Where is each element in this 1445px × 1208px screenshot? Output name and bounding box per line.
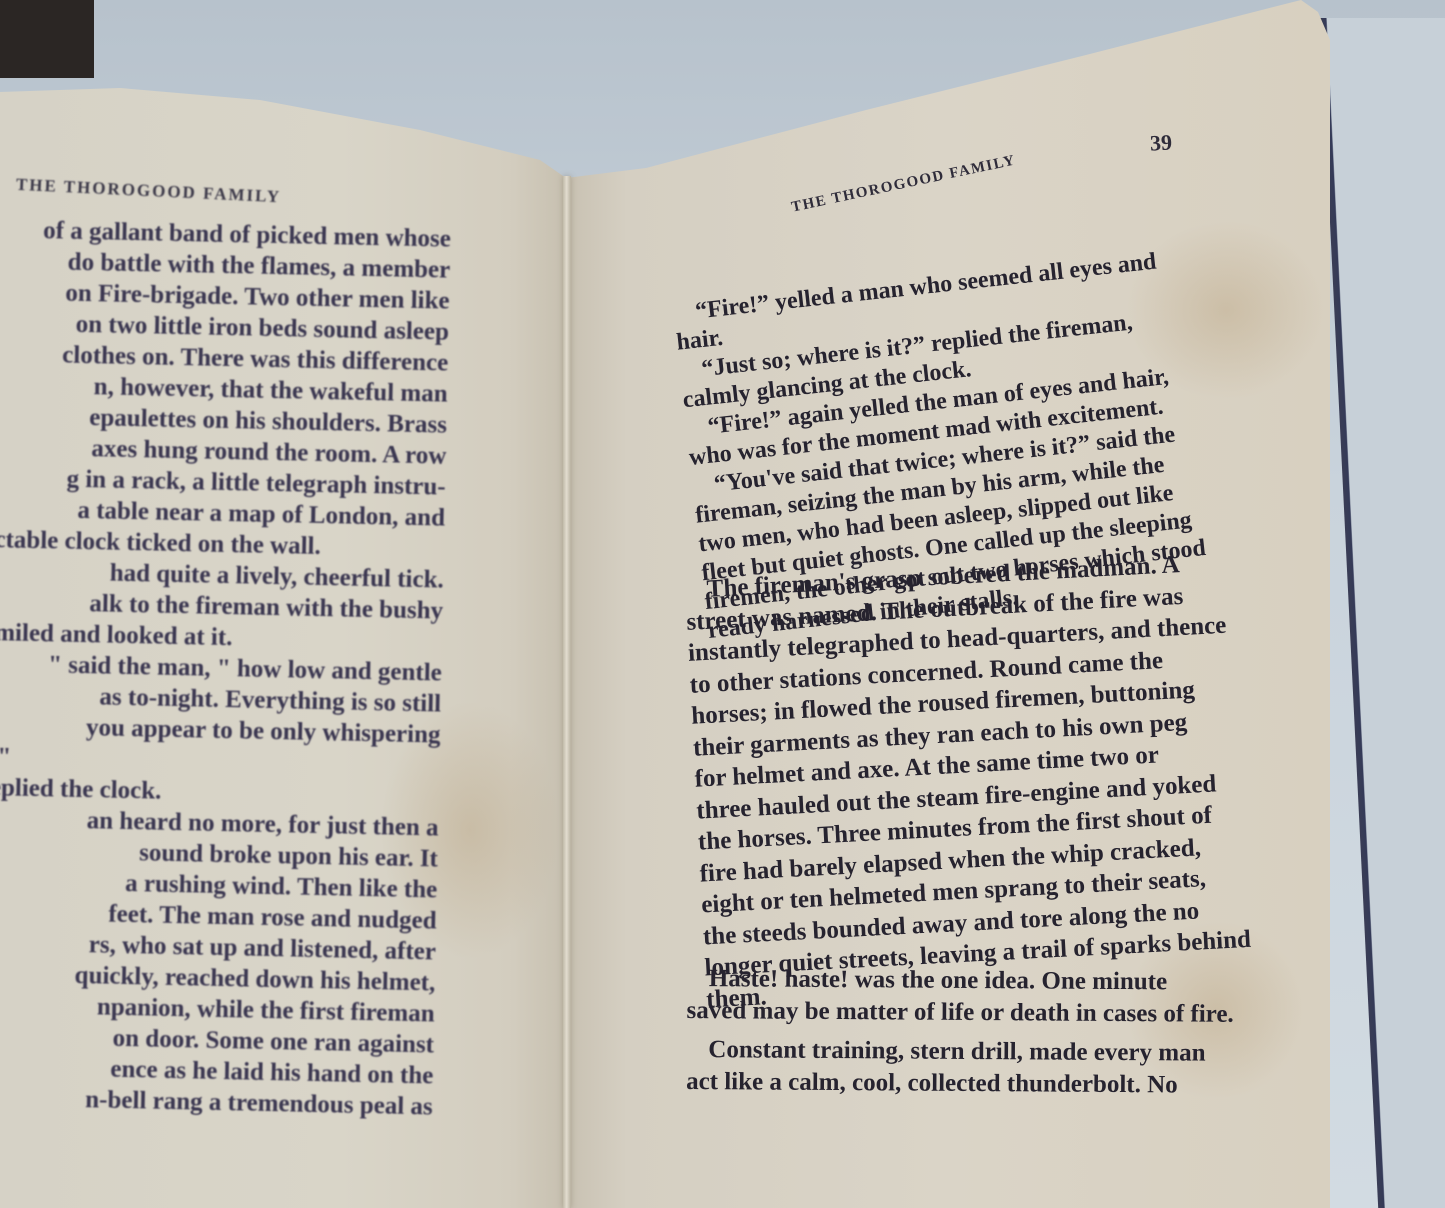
dark-object-corner: [0, 0, 94, 78]
text-line: saved may be matter of life or death in …: [687, 994, 1317, 1030]
text-line: act like a calm, cool, collected thunder…: [686, 1065, 1316, 1101]
right-page-text-middle: The fireman's grasp sobered the madman. …: [684, 543, 1326, 1016]
left-page-text: THE THOROGOOD FAMILY of a gallant band o…: [0, 180, 452, 1122]
text-line: Constant training, stern drill, made eve…: [686, 1034, 1316, 1070]
book-spine-gutter: [563, 176, 571, 1208]
right-page-text-bottom: Haste! haste! was the one idea. One minu…: [686, 955, 1317, 1101]
text-line: Haste! haste! was the one idea. One minu…: [687, 963, 1317, 999]
page-number: 39: [1149, 129, 1172, 156]
